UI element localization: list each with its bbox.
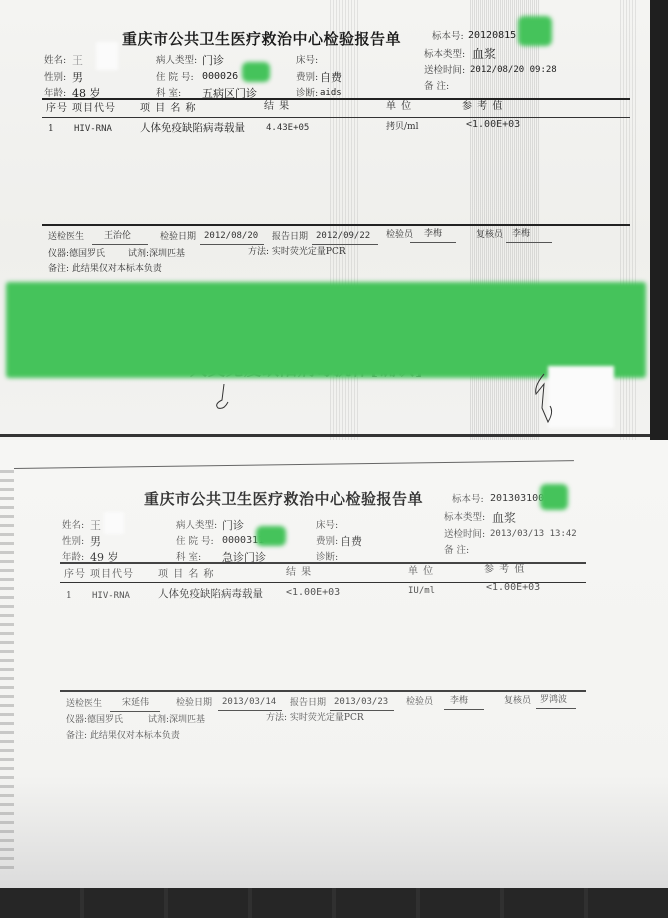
sent-time-label: 送检时间: [424,66,465,76]
test-date-label: 检验日期 [160,233,196,242]
remark-label: 备 注: [424,82,449,92]
method: 方法: 实时荧光定量PCR [248,248,346,257]
instrument: 仪器:德国罗氏 [66,716,123,725]
col-header: 单 位 [386,102,412,112]
bed-label: 床号: [296,56,318,66]
instrument: 仪器:德国罗氏 [48,250,105,259]
sex-label: 性别: [62,537,84,547]
report-date: 2013/03/23 [334,698,388,707]
sent-time-label: 送检时间: [444,530,485,540]
patient-type: 门诊 [222,520,244,531]
doctor-label: 送检医生 [66,700,102,709]
scanner-bed-edge [0,888,668,918]
remark-label: 备 注: [444,546,469,556]
sex-label: 性别: [44,73,66,83]
cell-reference: <1.00E+03 [486,583,540,593]
cell-code: HIV-RNA [92,592,130,601]
underline [312,244,378,245]
underline [92,244,148,245]
patient-name: 王 [90,520,101,531]
underline [506,242,552,243]
fee: 自费 [320,72,342,83]
underline [110,711,160,712]
col-header: 项 目 名 称 [158,570,215,580]
note: 备注: 此结果仅对本标本负责 [48,265,162,274]
reviewer-label: 复核员 [476,231,503,240]
patient-type: 门诊 [202,55,224,66]
name-label: 姓名: [44,56,66,66]
col-header: 序号 [46,104,68,114]
report-date-label: 报告日期 [290,699,326,708]
bed-label: 床号: [316,521,338,531]
signature-mark [210,382,240,412]
specimen-type-label: 标本类型: [444,513,485,523]
tester-label: 检验员 [406,698,433,707]
report-title: 重庆市公共卫生医疗救治中心检验报告单 [122,32,401,47]
table-bottom-rule [60,690,586,692]
col-header: 序号 [64,570,86,580]
cell-item-name: 人体免疫缺陷病毒载量 [158,589,263,600]
table-bottom-rule [42,224,630,226]
signature-mark [530,372,560,432]
report-2013: 重庆市公共卫生医疗救治中心检验报告单 标本号: 2013031003 姓名: 王… [0,440,668,888]
cell-code: HIV-RNA [74,125,112,134]
scan-edge-noise [0,470,14,870]
cell-result: 4.43E+05 [266,124,309,133]
redaction-band [6,282,646,378]
tester: 李梅 [424,230,442,239]
paper-crease [14,460,574,469]
reagent: 试剂:深圳匹基 [148,716,205,725]
hospital-no-label: 住 院 号: [176,537,214,547]
report-date: 2012/09/22 [316,232,370,241]
diagnosis: aids [320,89,342,98]
col-header: 结 果 [264,102,290,112]
patient-type-label: 病人类型: [176,521,217,531]
test-date-label: 检验日期 [176,699,212,708]
cell-reference: <1.00E+03 [466,120,520,130]
cell-unit: 拷贝/ml [386,123,418,132]
fee-label: 费别: [316,537,338,547]
reagent: 试剂:深圳匹基 [128,250,185,259]
cell-unit: IU/ml [408,587,435,596]
tester: 李梅 [450,697,468,706]
specimen-type: 血浆 [492,512,516,524]
test-date: 2012/08/20 [204,232,258,241]
hospital-no-label: 住 院 号: [156,73,194,83]
sex: 男 [90,536,101,547]
method: 方法: 实时荧光定量PCR [266,714,364,723]
cell-seq: 1 [48,125,54,134]
table-header-rule [42,117,630,118]
redaction-mark [256,526,286,546]
sex: 男 [72,72,83,83]
underline [444,709,484,710]
redaction-mark [518,16,552,46]
redaction-mark [540,484,568,510]
col-header: 结 果 [286,568,312,578]
doctor: 宋延伟 [122,699,149,708]
col-header: 参 考 值 [462,102,503,112]
underline [330,710,394,711]
specimen-no-label: 标本号: [432,32,464,42]
col-header: 项 目 名 称 [140,104,197,114]
table-top-rule [42,98,630,100]
report-date-label: 报告日期 [272,233,308,242]
name-label: 姓名: [62,521,84,531]
doctor-label: 送检医生 [48,233,84,242]
reviewer: 罗鸿波 [540,696,567,705]
underline [218,710,282,711]
col-header: 项目代号 [90,570,134,580]
col-header: 单 位 [408,567,434,577]
reviewer: 李梅 [512,230,530,239]
name-whiteout [96,42,118,70]
col-header: 参 考 值 [484,565,525,575]
specimen-type-label: 标本类型: [424,50,465,60]
specimen-no: 20120815 [468,31,516,41]
scanned-document: 重庆市公共卫生医疗救治中心检验报告单 标本号: 20120815 姓名: 王 病… [0,0,668,918]
name-whiteout [104,512,124,534]
col-header: 项目代号 [72,104,116,114]
patient-name: 王 [72,55,83,66]
report-title: 重庆市公共卫生医疗救治中心检验报告单 [144,492,423,507]
sheet-edge [0,434,650,437]
tester-label: 检验员 [386,231,413,240]
underline [200,244,264,245]
sent-time: 2012/08/20 09:28 [470,66,557,75]
cell-seq: 1 [66,592,72,601]
redaction-mark [242,62,270,82]
cell-item-name: 人体免疫缺陷病毒载量 [140,123,245,134]
note: 备注: 此结果仅对本标本负责 [66,732,180,741]
cell-result: <1.00E+03 [286,588,340,598]
doctor: 王治伦 [104,232,131,241]
sent-time: 2013/03/13 13:42 [490,530,577,539]
test-date: 2013/03/14 [222,698,276,707]
reviewer-label: 复核员 [504,697,531,706]
hospital-no: 000026 [202,72,238,82]
specimen-no-label: 标本号: [452,495,484,505]
fee: 自费 [340,536,362,547]
underline [410,242,456,243]
underline [536,708,576,709]
report-2012: 重庆市公共卫生医疗救治中心检验报告单 标本号: 20120815 姓名: 王 病… [0,0,650,440]
fee-label: 费别: [296,73,318,83]
specimen-type: 血浆 [472,48,496,60]
patient-type-label: 病人类型: [156,56,197,66]
